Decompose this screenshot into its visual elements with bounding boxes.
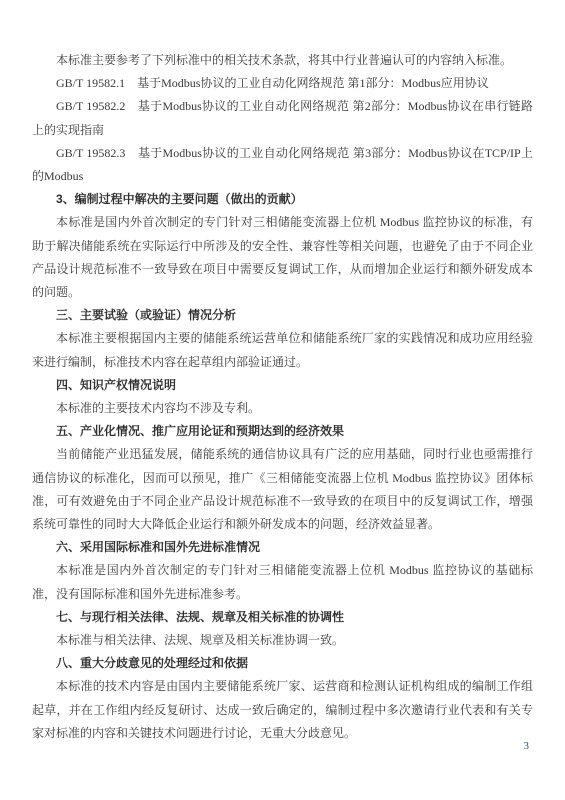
- section-heading: 八、重大分歧意见的处理经过和依据: [32, 652, 533, 675]
- paragraph: 本标准的技术内容是由国内主要储能系统厂家、运营商和检测认证机构组成的编制工作组起…: [32, 675, 533, 745]
- reference-item: GB/T 19582.3 基于Modbus协议的工业自动化网络规范 第3部分：M…: [32, 142, 533, 188]
- section-heading: 七、与现行相关法律、法规、规章及相关标准的协调性: [32, 606, 533, 629]
- paragraph: 本标准是国内外首次制定的专门针对三相储能变流器上位机 Modbus 监控协议的基…: [32, 559, 533, 605]
- page-number: 3: [524, 739, 530, 753]
- paragraph: 本标准与相关法律、法规、规章及相关标准协调一致。: [32, 629, 533, 652]
- document-content: 本标准主要参考了下列标准中的相关技术条款，将其中行业普遍认可的内容纳入标准。 G…: [0, 0, 565, 745]
- paragraph: 当前储能产业迅猛发展，储能系统的通信协议具有广泛的应用基础，同时行业也亟需推行通…: [32, 443, 533, 536]
- reference-item: GB/T 19582.1 基于Modbus协议的工业自动化网络规范 第1部分：M…: [32, 72, 533, 95]
- paragraph: 本标准是国内外首次制定的专门针对三相储能变流器上位机 Modbus 监控协议的标…: [32, 211, 533, 304]
- section-heading: 四、知识产权情况说明: [32, 374, 533, 397]
- paragraph: 本标准主要参考了下列标准中的相关技术条款，将其中行业普遍认可的内容纳入标准。: [32, 49, 533, 72]
- document-page: 本标准主要参考了下列标准中的相关技术条款，将其中行业普遍认可的内容纳入标准。 G…: [0, 0, 565, 800]
- paragraph: 本标准主要根据国内主要的储能系统运营单位和储能系统厂家的实践情况和成功应用经验来…: [32, 327, 533, 373]
- paragraph: 本标准的主要技术内容均不涉及专利。: [32, 397, 533, 420]
- section-heading: 五、产业化情况、推广应用论证和预期达到的经济效果: [32, 420, 533, 443]
- section-heading: 六、采用国际标准和国外先进标准情况: [32, 536, 533, 559]
- section-heading: 3、编制过程中解决的主要问题（做出的贡献）: [32, 188, 533, 211]
- reference-item: GB/T 19582.2 基于Modbus协议的工业自动化网络规范 第2部分：M…: [32, 95, 533, 141]
- section-heading: 三、主要试验（或验证）情况分析: [32, 304, 533, 327]
